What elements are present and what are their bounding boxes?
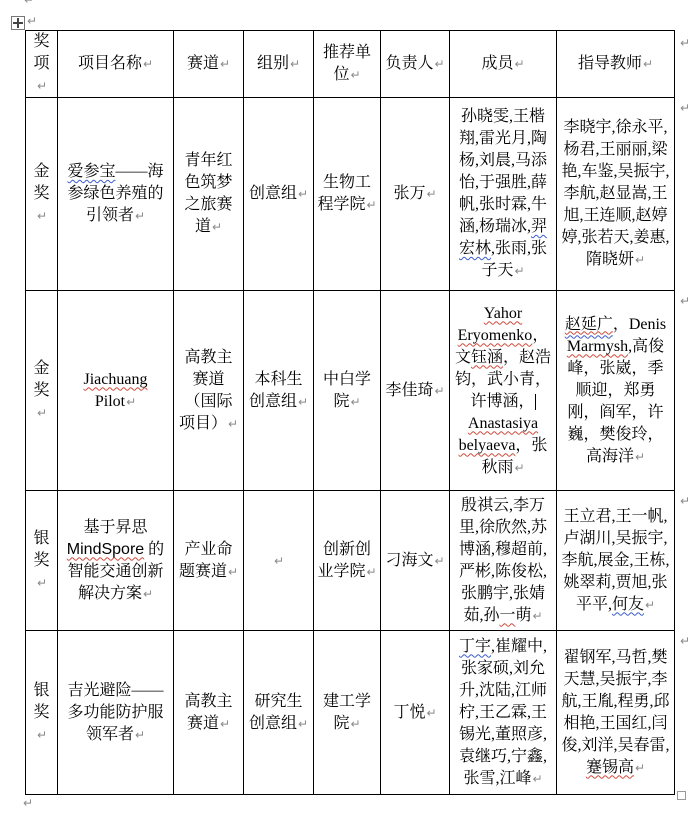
leader-text: 李佳琦 (385, 382, 433, 399)
cell-group[interactable]: 创意组↵ (244, 98, 314, 291)
teachers-text: 翟钢军,马哲,樊天慧,吴振宇,李航,王胤,程勇,邱相艳,王国红,闫俊,刘洋,吴春… (561, 649, 669, 754)
paragraph-mark-icon: ↵ (220, 57, 230, 71)
cell-group[interactable]: ↵ (244, 491, 314, 631)
cell-award[interactable]: 金奖↵ (26, 98, 58, 291)
members-text: 萌 (515, 607, 531, 624)
header-group[interactable]: 组别↵ (244, 31, 314, 98)
cell-track[interactable]: 产业命 题赛道↵ (174, 491, 244, 631)
paragraph-mark-icon: ↵ (366, 198, 376, 212)
paragraph-mark-icon: ↵ (37, 79, 47, 93)
paragraph-mark-icon: ↵ (514, 57, 524, 71)
cell-track[interactable]: 青年红 色筑梦 之旅赛 道↵ (174, 98, 244, 291)
header-leader[interactable]: 负责人↵ (381, 31, 450, 98)
paragraph-mark-icon: ↵ (212, 220, 222, 234)
header-label: 赛道 (187, 55, 219, 72)
table-row: 银奖↵ 基于昇思MindSpore 的智能交通创新解决方案↵ 产业命 题赛道↵ … (26, 491, 675, 631)
award-text: 银奖 (33, 530, 49, 569)
cell-leader[interactable]: 丁悦↵ (381, 631, 450, 795)
paragraph-mark-icon: ↵ (228, 417, 238, 431)
cell-unit[interactable]: 中白学 院↵ (314, 291, 381, 491)
paragraph-mark-icon: ↵ (350, 395, 360, 409)
paragraph-mark-icon: ↵ (350, 68, 360, 82)
paragraph-mark-icon: ↵ (143, 57, 153, 71)
table-move-handle-icon[interactable] (11, 16, 25, 30)
paragraph-mark-icon: ↵ (643, 57, 653, 71)
paragraph-mark-icon: ↵ (135, 209, 145, 223)
table-row: 金奖↵ Jiachuang Pilot↵ 高教主 赛道 （国际 项目）↵ 本科生… (26, 291, 675, 491)
text-cursor (535, 394, 536, 410)
teachers-text: 赵延广 (565, 316, 613, 333)
header-label: 推荐单位 (323, 44, 371, 83)
row-end-mark-icon: ↵ (680, 101, 690, 115)
cell-project[interactable]: 吉光避险——多功能防护服领军者↵ (58, 631, 174, 795)
paragraph-mark-icon: ↵ (37, 406, 47, 420)
members-text: Yahor Eryomenko (458, 305, 533, 344)
header-unit[interactable]: 推荐单位↵ (314, 31, 381, 98)
leader-text: 丁悦 (393, 704, 425, 721)
unit-text: 中白学 院 (323, 371, 371, 410)
cell-teachers[interactable]: 赵延广，Denis Marmysh,高俊峰，张崴，季顺迎，郑勇刚，阎军，许巍，樊… (557, 291, 675, 491)
award-text: 银奖 (33, 682, 49, 721)
cell-group[interactable]: 本科生 创意组↵ (244, 291, 314, 491)
cell-leader[interactable]: 刁海文↵ (381, 491, 450, 631)
paragraph-mark-icon: ↵ (514, 461, 524, 475)
row-end-mark-icon: ↵ (680, 36, 690, 50)
cell-unit[interactable]: 建工学 院↵ (314, 631, 381, 795)
cell-teachers[interactable]: 李晓宇,徐永平,杨君,王丽丽,梁艳,车鉴,吴振宇,李航,赵显嵩,王旭,王连顺,赵… (557, 98, 675, 291)
paragraph-mark-icon: ↵ (426, 706, 436, 720)
project-text: Pilot (95, 393, 125, 410)
cell-teachers[interactable]: 翟钢军,马哲,樊天慧,吴振宇,李航,王胤,程勇,邱相艳,王国红,闫俊,刘洋,吴春… (557, 631, 675, 795)
paragraph-mark-icon: ↵ (220, 717, 230, 731)
paragraph-mark-icon: ↵ (143, 587, 153, 601)
row-end-mark-icon: ↵ (680, 634, 690, 648)
project-text: 爱参宝 (67, 163, 115, 180)
paragraph-mark-icon: ↵ (126, 395, 136, 409)
paragraph-mark-icon: ↵ (514, 264, 524, 278)
project-text: 吉光避险——多功能防护服领军者 (67, 682, 163, 743)
paragraph-mark-icon: ↵ (635, 761, 645, 775)
paragraph-mark-icon: ↵ (37, 209, 47, 223)
cell-project[interactable]: 爱参宝——海参绿色养殖的引领者↵ (58, 98, 174, 291)
paragraph-mark-icon: ↵ (37, 576, 47, 590)
leader-text: 张万 (393, 185, 425, 202)
cell-group[interactable]: 研究生 创意组↵ (244, 631, 314, 795)
unit-text: 创新创 业学院 (317, 541, 371, 580)
awards-table: 奖项↵ 项目名称↵ 赛道↵ 组别↵ 推荐单位↵ 负责人↵ 成员↵ 指导教师↵ 金… (25, 30, 675, 795)
header-track[interactable]: 赛道↵ (174, 31, 244, 98)
header-label: 成员 (481, 55, 513, 72)
cell-members[interactable]: Yahor Eryomenko，文钰涵，赵浩钧，武小青，许博涵，Anastasi… (450, 291, 557, 491)
paragraph-mark-icon: ↵ (23, 796, 33, 810)
teachers-text: Marmysh (567, 338, 628, 355)
unit-text: 生物工 程学院 (317, 174, 371, 213)
row-end-mark-icon: ↵ (680, 294, 690, 308)
cell-project[interactable]: Jiachuang Pilot↵ (58, 291, 174, 491)
project-text: MindSpore (67, 541, 144, 558)
award-text: 金奖 (33, 360, 49, 399)
paragraph-mark-icon: ↵ (24, 0, 34, 7)
paragraph-mark-icon: ↵ (635, 253, 645, 267)
members-text: 殷祺云,李万里,徐欣然,苏博涵,穆超前,严彬,陈俊松,张鹏宇,张婧茹,孙 (459, 497, 547, 624)
project-text: Jiachuang (84, 371, 148, 388)
document-page: { "marks": { "pilcrow": "↵" }, "colors":… (0, 0, 690, 814)
paragraph-mark-icon: ↵ (290, 57, 300, 71)
members-text: 孙晓雯,王楷翔,雷光月,陶杨,刘晨,马添怡,于强胜,薛帆,张时霖,牛涵,杨瑞冰, (459, 108, 547, 235)
cell-leader[interactable]: 李佳琦↵ (381, 291, 450, 491)
header-row: 奖项↵ 项目名称↵ 赛道↵ 组别↵ 推荐单位↵ 负责人↵ 成员↵ 指导教师↵ (26, 31, 675, 98)
table-resize-handle-icon[interactable] (677, 791, 686, 800)
header-label: 指导教师 (578, 55, 642, 72)
track-text: 产业命 题赛道 (179, 541, 233, 580)
project-text: 基于昇思 (83, 519, 147, 536)
paragraph-mark-icon: ↵ (135, 728, 145, 742)
paragraph-mark-icon: ↵ (350, 717, 360, 731)
paragraph-mark-icon: ↵ (532, 609, 542, 623)
paragraph-mark-icon: ↵ (298, 395, 308, 409)
teachers-text: 李晓宇,徐永平,杨君,王丽丽,梁艳,车鉴,吴振宇,李航,赵显嵩,王旭,王连顺,赵… (561, 119, 669, 268)
cell-unit[interactable]: 创新创 业学院↵ (314, 491, 381, 631)
group-text: 本科生 创意组 (249, 371, 303, 410)
cell-project[interactable]: 基于昇思MindSpore 的智能交通创新解决方案↵ (58, 491, 174, 631)
cell-award[interactable]: 银奖↵ (26, 631, 58, 795)
header-teachers[interactable]: 指导教师↵ (557, 31, 675, 98)
cell-track[interactable]: 高教主 赛道↵ (174, 631, 244, 795)
teachers-text: 蹇锡高 (586, 759, 634, 776)
paragraph-mark-icon: ↵ (366, 565, 376, 579)
paragraph-mark-icon: ↵ (228, 565, 238, 579)
paragraph-mark-icon: ↵ (27, 14, 37, 28)
paragraph-mark-icon: ↵ (298, 187, 308, 201)
table-row: 银奖↵ 吉光避险——多功能防护服领军者↵ 高教主 赛道↵ 研究生 创意组↵ 建工… (26, 631, 675, 795)
header-members[interactable]: 成员↵ (450, 31, 557, 98)
teachers-text: 赵延广 (565, 316, 613, 333)
paragraph-mark-icon: ↵ (426, 187, 436, 201)
paragraph-mark-icon: ↵ (434, 57, 444, 71)
table-row: 金奖↵ 爱参宝——海参绿色养殖的引领者↵ 青年红 色筑梦 之旅赛 道↵ 创意组↵… (26, 98, 675, 291)
paragraph-mark-icon: ↵ (532, 772, 542, 786)
group-text: 创意组 (249, 185, 297, 202)
header-label: 负责人 (385, 55, 433, 72)
teachers-text: 何友 (612, 596, 644, 613)
header-label: 奖项 (33, 33, 49, 72)
cell-teachers[interactable]: 王立君,王一帆,卢湖川,吴振宇,李航,展金,王栋,姚翠莉,贾旭,张平平,何友↵ (557, 491, 675, 631)
cell-leader[interactable]: 张万↵ (381, 98, 450, 291)
track-text: 高教主 赛道 （国际 项目） (179, 349, 233, 432)
row-end-mark-icon: ↵ (680, 494, 690, 508)
paragraph-mark-icon: ↵ (434, 554, 444, 568)
leader-text: 刁海文 (385, 552, 433, 569)
members-text: ,崔耀中,张家硕,刘允升,沈陆,江师柠,王乙霖,王锡光,董照彦,袁继巧,宁鑫,张… (459, 638, 547, 787)
paragraph-mark-icon: ↵ (274, 554, 284, 568)
paragraph-mark-icon: ↵ (37, 728, 47, 742)
cell-members[interactable]: 殷祺云,李万里,徐欣然,苏博涵,穆超前,严彬,陈俊松,张鹏宇,张婧茹,孙一萌↵ (450, 491, 557, 631)
cell-members[interactable]: 丁宇,崔耀中,张家硕,刘允升,沈陆,江师柠,王乙霖,王锡光,董照彦,袁继巧,宁鑫… (450, 631, 557, 795)
header-award[interactable]: 奖项↵ (26, 31, 58, 98)
members-text: 一 (499, 607, 515, 624)
header-label: 项目名称 (78, 55, 142, 72)
teachers-text: ，Denis (613, 316, 666, 333)
members-text: 丁宇 (459, 638, 491, 655)
teachers-text: ,高俊峰，张崴，季顺迎，郑勇刚，阎军，许巍，樊俊玲，高海洋 (567, 338, 664, 465)
paragraph-mark-icon: ↵ (635, 450, 645, 464)
cell-award[interactable]: 银奖↵ (26, 491, 58, 631)
track-text: 青年红 色筑梦 之旅赛 道 (184, 152, 232, 235)
paragraph-mark-icon: ↵ (298, 717, 308, 731)
cell-unit[interactable]: 生物工 程学院↵ (314, 98, 381, 291)
paragraph-mark-icon: ↵ (434, 384, 444, 398)
paragraph-mark-icon: ↵ (645, 598, 655, 612)
unit-text: 建工学 院 (323, 693, 371, 732)
members-text: 钰涵 (471, 349, 503, 366)
header-label: 组别 (257, 55, 289, 72)
header-project[interactable]: 项目名称↵ (58, 31, 174, 98)
group-text: 研究生 创意组 (249, 693, 303, 732)
cell-members[interactable]: 孙晓雯,王楷翔,雷光月,陶杨,刘晨,马添怡,于强胜,薛帆,张时霖,牛涵,杨瑞冰,… (450, 98, 557, 291)
cell-award[interactable]: 金奖↵ (26, 291, 58, 491)
cell-track[interactable]: 高教主 赛道 （国际 项目）↵ (174, 291, 244, 491)
award-text: 金奖 (33, 163, 49, 202)
